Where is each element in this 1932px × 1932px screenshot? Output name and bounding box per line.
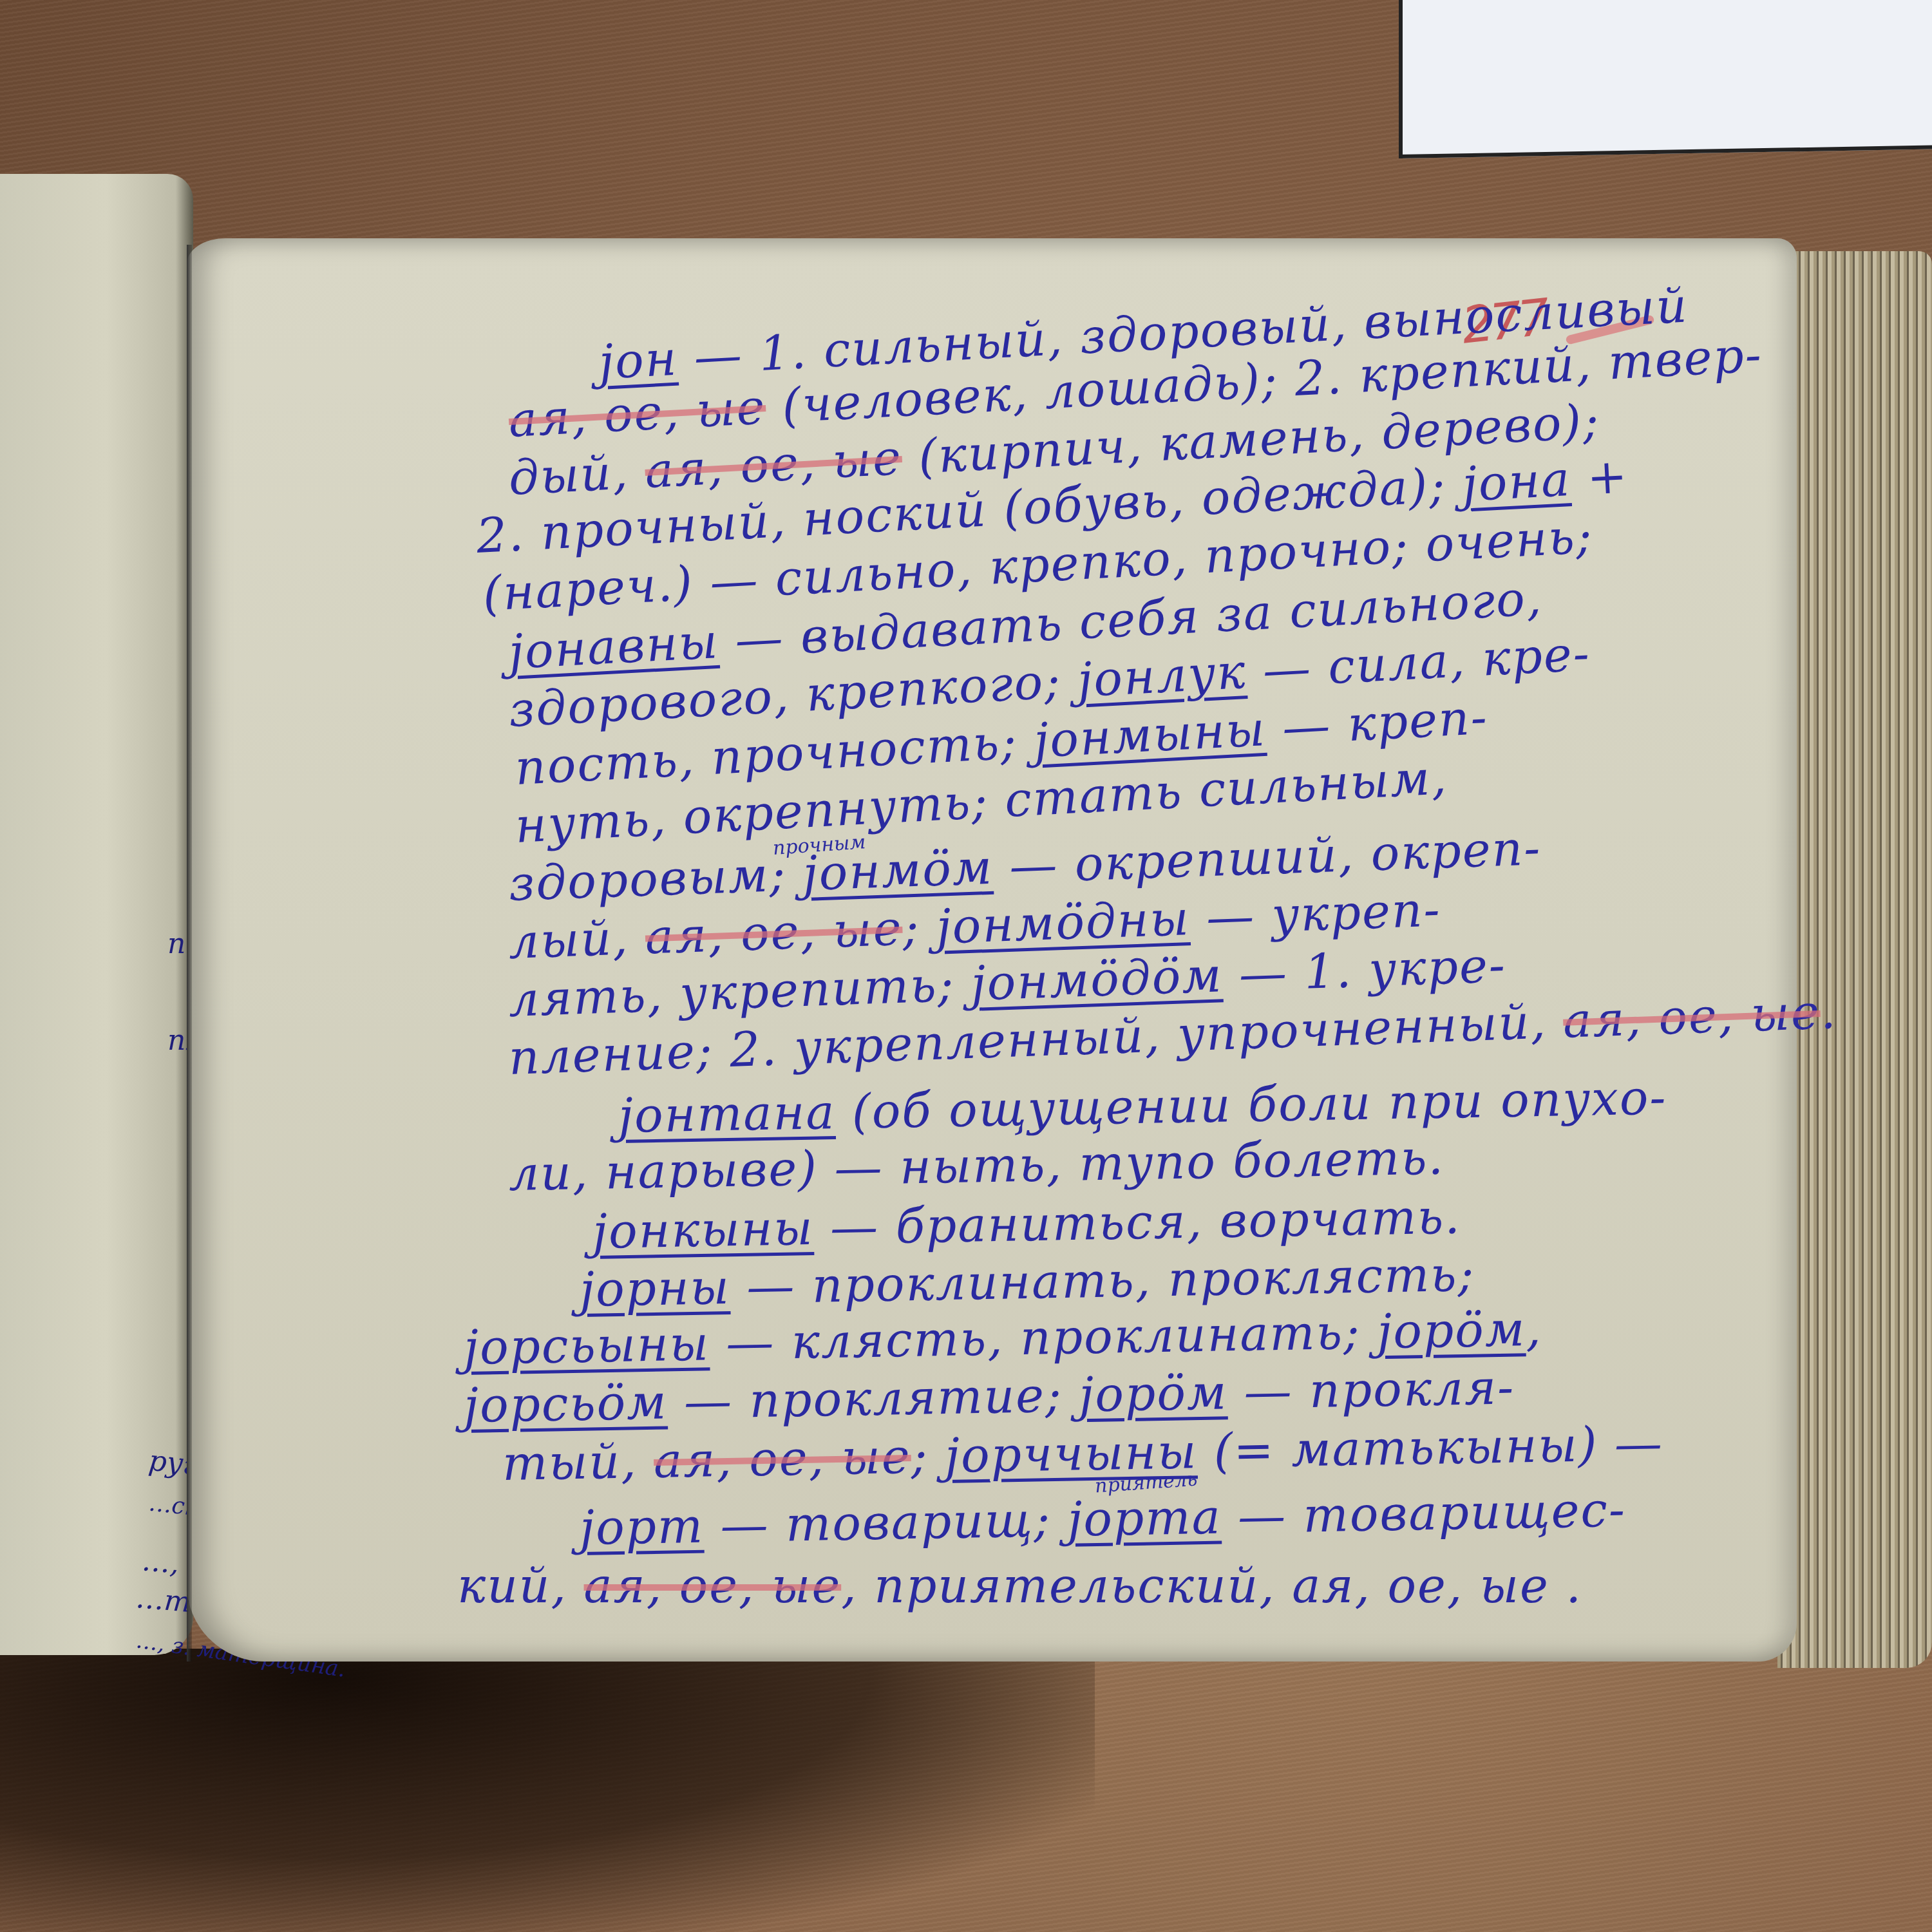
- left-page: прочнить; пление; ругаться, же. …скверно…: [0, 174, 193, 1655]
- definition-text: тый,: [502, 1434, 654, 1492]
- definition-text: — укреп-: [1189, 882, 1442, 946]
- headword: jорта: [1067, 1490, 1222, 1548]
- definition-text: — браниться, ворчать.: [813, 1189, 1462, 1256]
- definition-text: , приятельский, ая, ое, ые .: [841, 1558, 1582, 1614]
- definition-text: (= матькыны) —: [1197, 1416, 1664, 1480]
- definition-text: .: [1819, 984, 1838, 1040]
- definition-text: кий,: [457, 1558, 584, 1614]
- headword: jона: [1461, 451, 1573, 513]
- definition-text: — креп-: [1264, 690, 1489, 757]
- struck-ending: ая, ое, ые: [584, 1558, 842, 1614]
- headword: jонкыны: [592, 1200, 814, 1260]
- book-spine: [187, 245, 192, 1662]
- headword: jорт: [579, 1499, 705, 1556]
- struck-ending: ая, ое, ые: [653, 1429, 911, 1489]
- definition-text: дый,: [507, 444, 647, 506]
- definition-text: — клясть, проклинать;: [709, 1304, 1378, 1371]
- headword: jорöм: [1377, 1302, 1526, 1359]
- headword: jорöм: [1079, 1365, 1228, 1423]
- definition-text: — товарищ;: [703, 1492, 1068, 1554]
- headword: jонавны: [507, 614, 721, 680]
- definition-text: ,: [1525, 1302, 1542, 1357]
- headword: jонтана: [618, 1084, 836, 1144]
- headword: jорсьöм: [463, 1374, 668, 1434]
- definition-text: +: [1569, 448, 1630, 507]
- book-shadow: [0, 1649, 1095, 1932]
- definition-text: — прокля-: [1227, 1360, 1515, 1421]
- definition-text: здоровым;: [507, 846, 804, 912]
- definition-text: — товарищес-: [1221, 1482, 1627, 1545]
- definition-text: ;: [902, 900, 937, 956]
- page-stack-edge: [1777, 251, 1932, 1668]
- definition-text: — проклятие;: [667, 1367, 1079, 1430]
- definition-text: — 1. укре-: [1222, 938, 1507, 1003]
- headword: jонмöдöм: [970, 947, 1224, 1012]
- headword: jонлук: [1076, 644, 1248, 708]
- definition-text: лый,: [507, 910, 646, 970]
- struck-ending: ая, ое, ые: [644, 901, 903, 965]
- headword: jонмöдны: [935, 891, 1191, 955]
- entry-line: кий, ая, ое, ые, приятельский, ая, ое, ы…: [457, 1558, 1582, 1614]
- headword: jорсьыны: [463, 1316, 710, 1376]
- headword: jон: [598, 331, 679, 390]
- headword: jорны: [579, 1260, 730, 1318]
- definition-text: ;: [911, 1428, 945, 1484]
- white-paper-sheet: [1399, 0, 1932, 158]
- struck-ending: ая, ое, ые: [1562, 985, 1821, 1049]
